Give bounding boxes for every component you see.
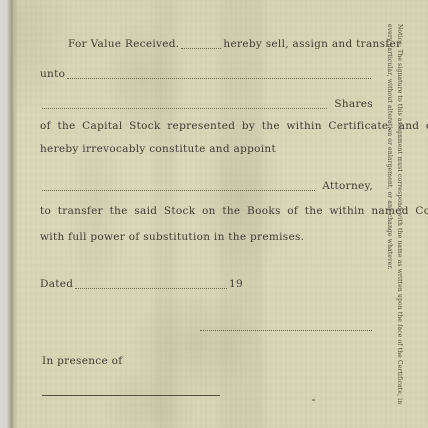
line-substitution: with full power of substitution in the p…: [40, 232, 373, 243]
sell-assign-transfer-label: hereby sell, assign and transfer: [223, 39, 401, 50]
signature-notice: Notice: The signature to this assignment…: [384, 24, 404, 422]
paper-speck: [312, 399, 315, 401]
capital-stock-text: of the Capital Stock represented by the …: [40, 121, 428, 132]
line-shares: Shares: [40, 99, 373, 110]
in-presence-of-label: In presence of: [42, 356, 122, 367]
line-transfer-books: to transfer the said Stock on the Books …: [40, 206, 373, 217]
fill-line-witness: [42, 395, 220, 396]
transfer-books-text: to transfer the said Stock on the Books …: [40, 206, 428, 217]
attorney-label: Attorney,: [322, 181, 373, 192]
substitution-text: with full power of substitution in the p…: [40, 232, 304, 243]
shares-label: Shares: [334, 99, 373, 110]
for-value-received-label: For Value Received.: [68, 39, 179, 50]
fill-line-assignor: [181, 47, 221, 49]
line-capital-stock: of the Capital Stock represented by the …: [40, 121, 373, 132]
line-unto: unto: [40, 69, 373, 80]
fill-line-share-count: [42, 107, 327, 109]
corner-shading: [14, 0, 84, 110]
fill-line-assignee-name: [67, 77, 371, 79]
constitute-appoint-text: hereby irrevocably constitute and appoin…: [40, 144, 276, 155]
line-dated: Dated 19: [40, 279, 243, 290]
line-in-presence-of: In presence of: [42, 356, 122, 367]
signature-notice-line-1: Notice: The signature to this assignment…: [394, 24, 404, 422]
fill-line-date: [75, 287, 227, 289]
fill-line-attorney-name: [42, 189, 315, 191]
dated-label: Dated: [40, 279, 73, 290]
unto-label: unto: [40, 69, 65, 80]
line-attorney: Attorney,: [40, 181, 373, 192]
signature-notice-line-2: every particular, without alteration or …: [384, 24, 394, 422]
fill-line-signature: [200, 330, 372, 331]
line-constitute-appoint: hereby irrevocably constitute and appoin…: [40, 144, 373, 155]
scanned-stock-certificate-back: For Value Received. hereby sell, assign …: [0, 0, 428, 428]
year-prefix: 19: [229, 279, 243, 290]
line-for-value-received: For Value Received. hereby sell, assign …: [68, 39, 373, 50]
